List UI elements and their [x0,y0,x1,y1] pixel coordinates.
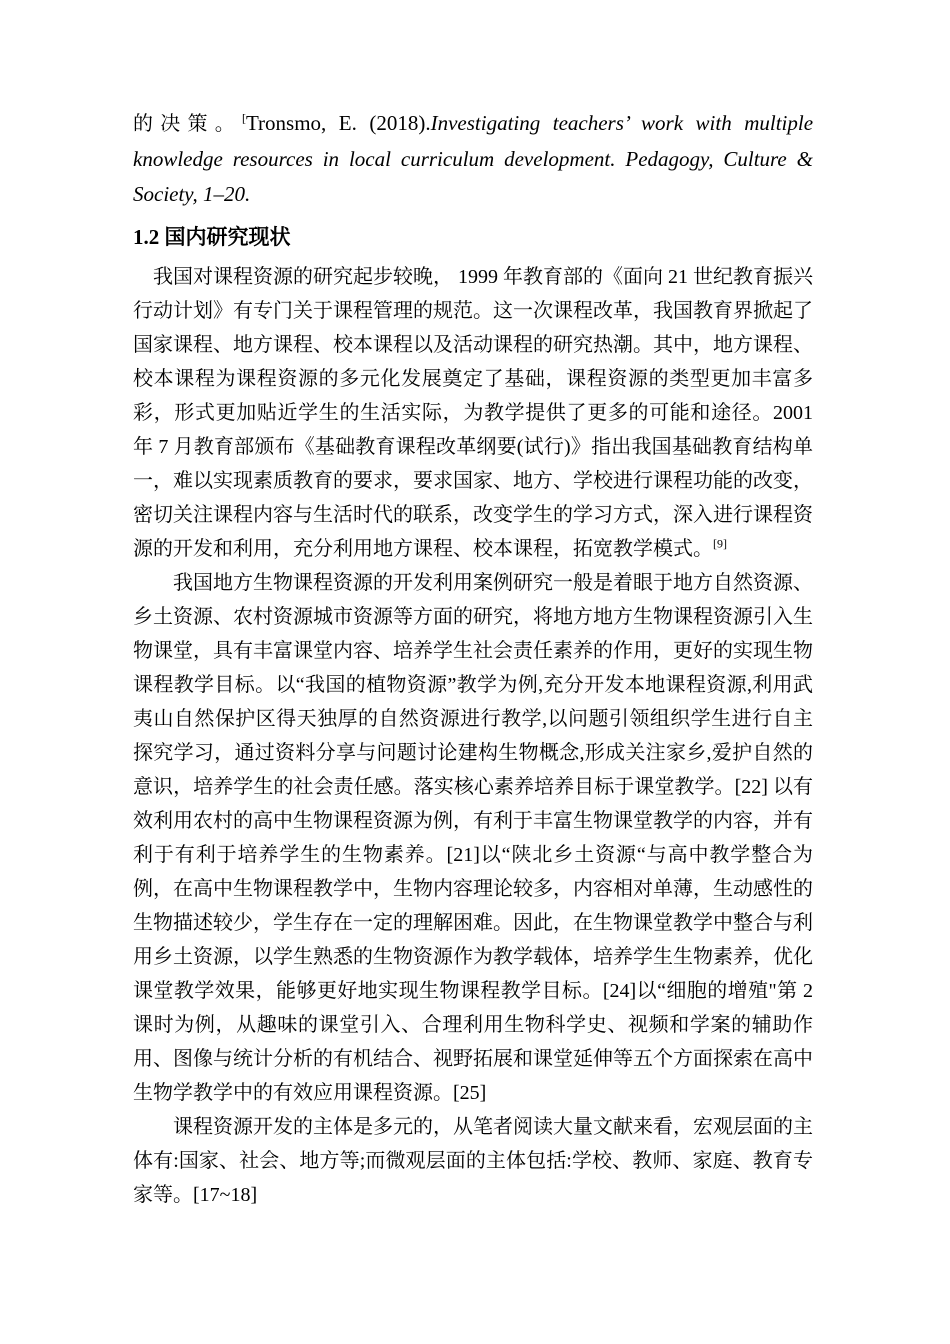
citation-chinese-lead: 的决策。 [133,113,242,135]
document-page: 的决策。[Tronsmo, E. (2018).Investigating te… [0,0,950,1344]
paragraph-local-biology-case-studies: 我国地方生物课程资源的开发利用案例研究一般是着眼于地方自然资源、乡土资源、农村资… [133,566,813,1110]
paragraph-text: 我国对课程资源的研究起步较晚， 1999 年教育部的《面向 21 世纪教育振兴行… [133,266,813,560]
citation-author-year: Tronsmo, E. (2018). [246,111,431,135]
citation-paragraph: 的决策。[Tronsmo, E. (2018).Investigating te… [133,106,813,212]
reference-9-superscript: [9] [713,536,727,550]
paragraph-domestic-research-overview: 我国对课程资源的研究起步较晚， 1999 年教育部的《面向 21 世纪教育振兴行… [133,260,813,566]
section-heading-1-2: 1.2 国内研究现状 [133,220,813,254]
paragraph-development-subjects: 课程资源开发的主体是多元的，从笔者阅读大量文献来看，宏观层面的主体有:国家、社会… [133,1110,813,1212]
